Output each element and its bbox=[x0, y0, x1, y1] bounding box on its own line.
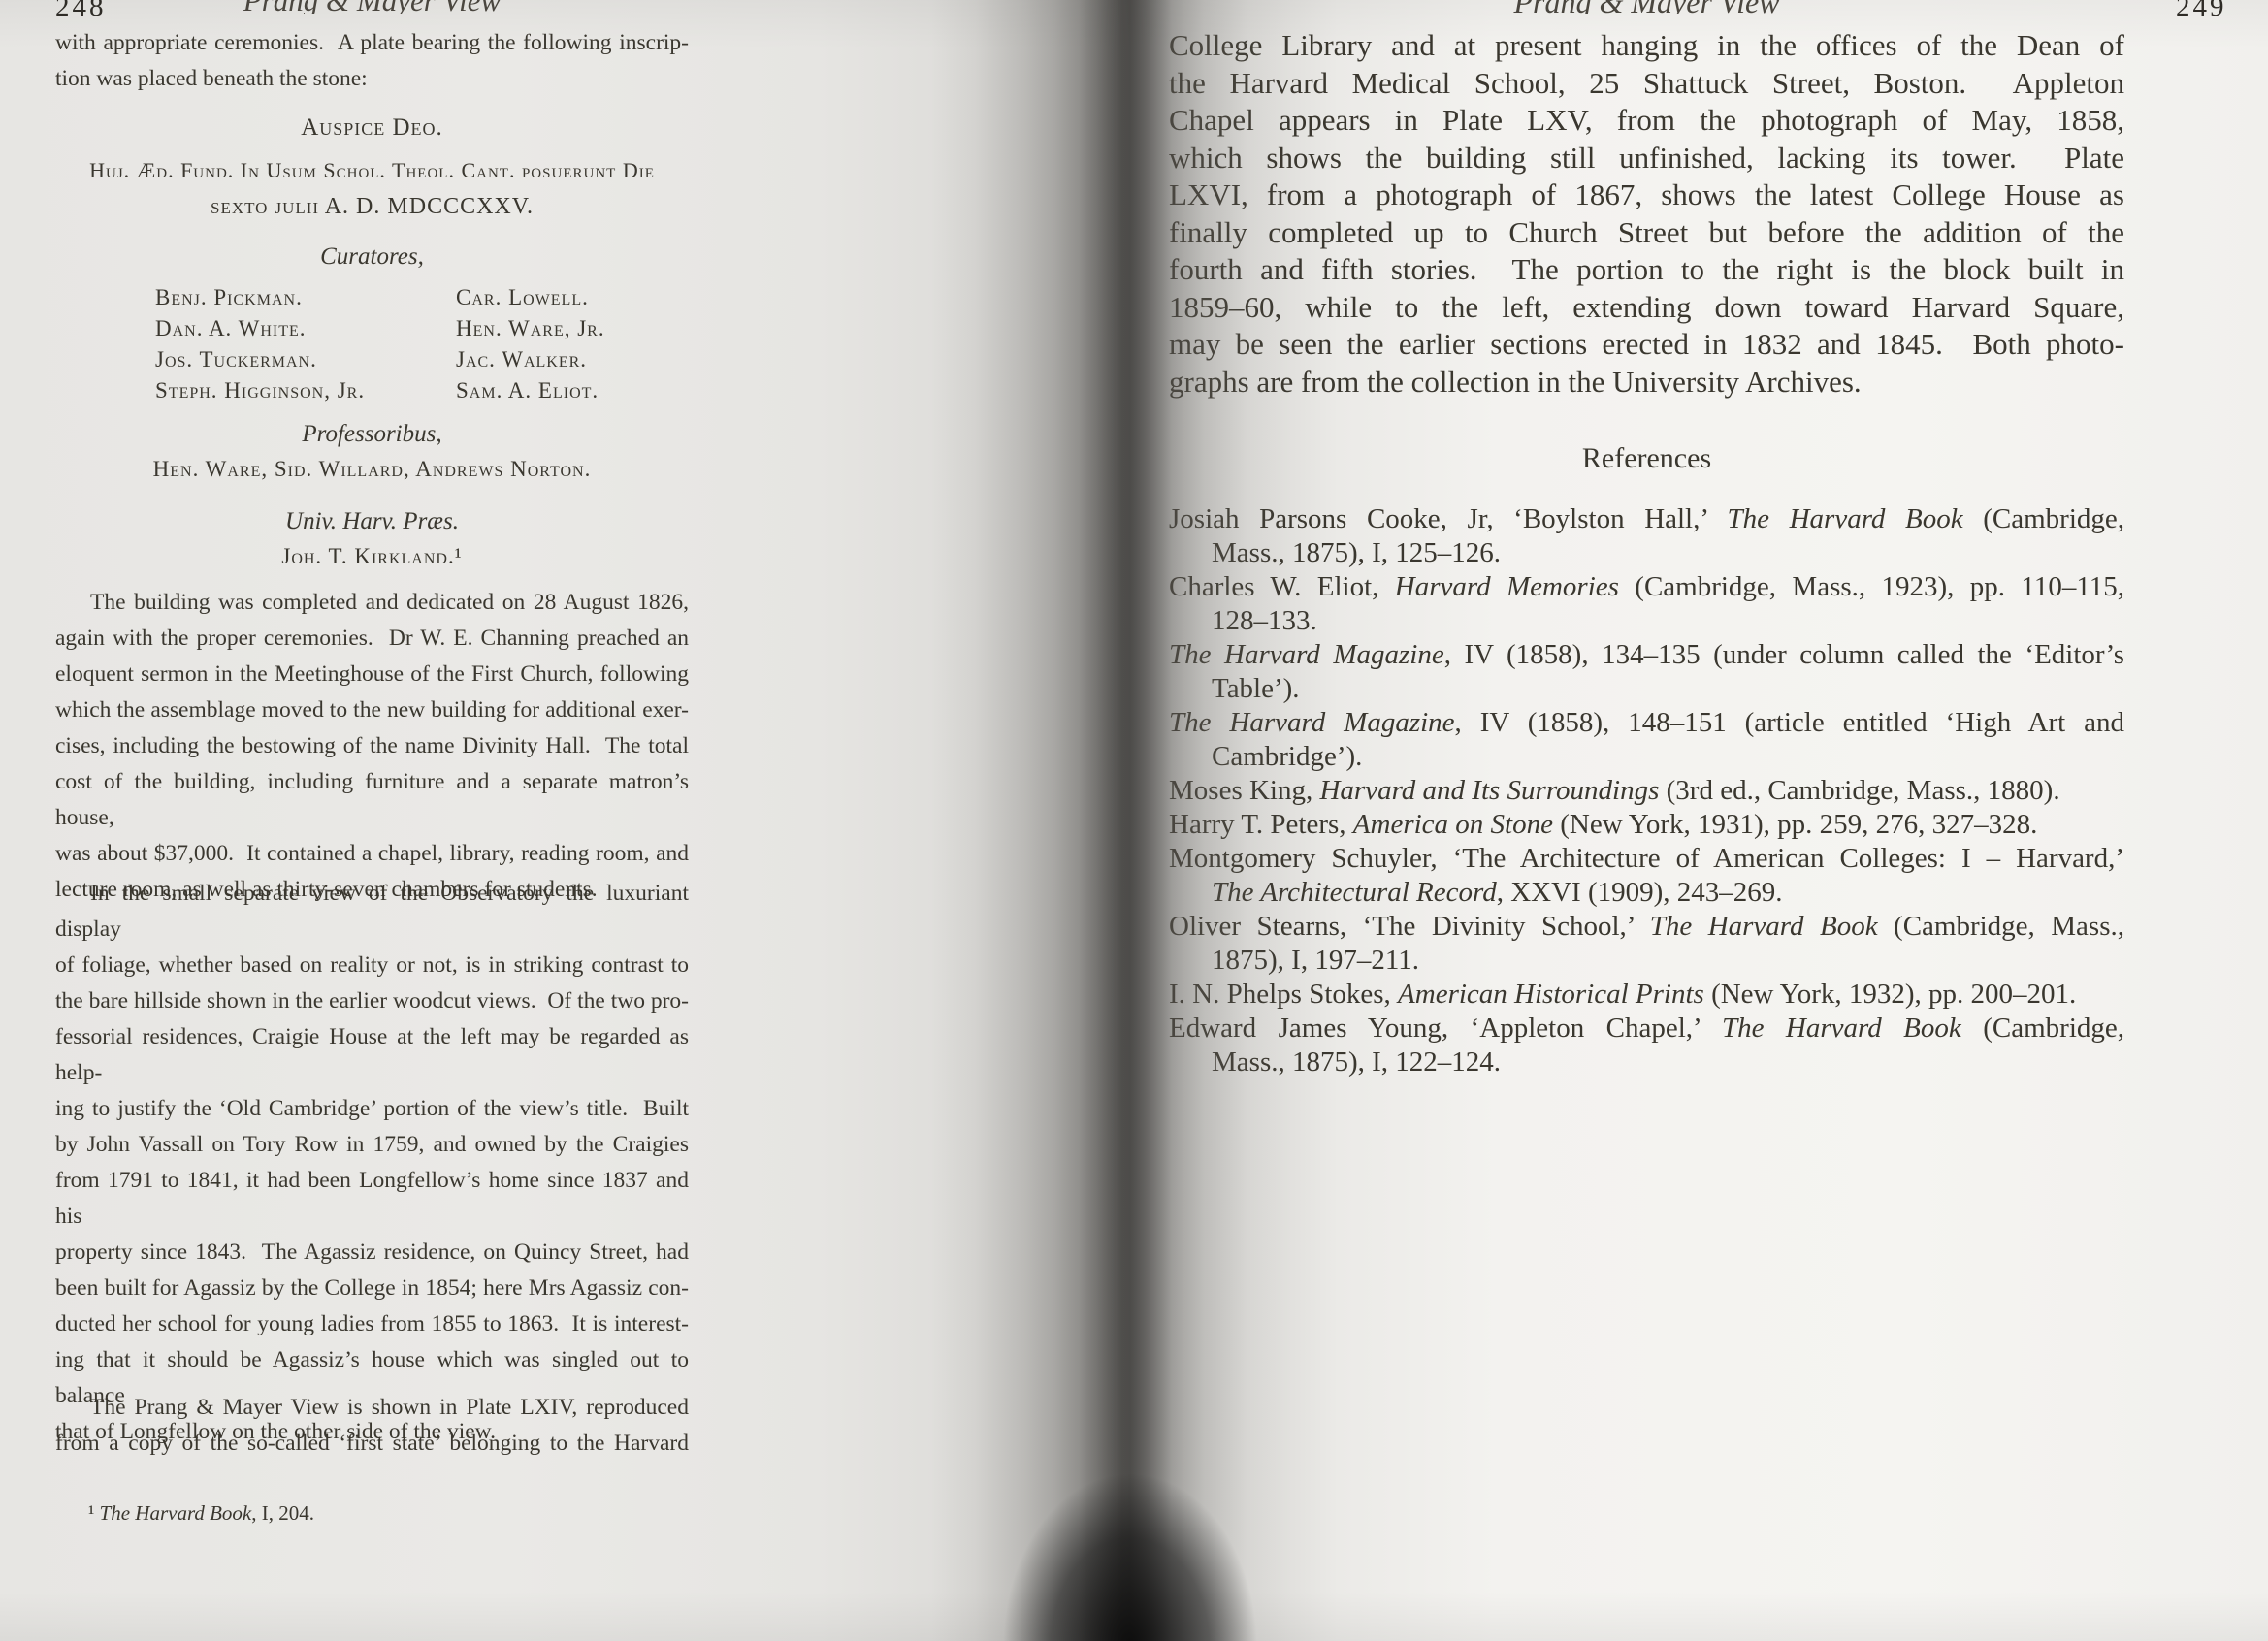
reference-line: Charles W. Eliot, Harvard Memories (Camb… bbox=[1169, 570, 2124, 604]
text-line: from 1791 to 1841, it had been Longfello… bbox=[55, 1163, 689, 1235]
running-head-right: Prang & Mayer View bbox=[1169, 0, 2124, 14]
text-line: tion was placed beneath the stone: bbox=[55, 61, 689, 97]
curatores-label: Curatores, bbox=[55, 243, 689, 271]
text-line: of foliage, whether based on reality or … bbox=[55, 948, 689, 983]
text-line: the Harvard Medical School, 25 Shattuck … bbox=[1169, 65, 2124, 103]
gutter-shadow-core bbox=[1079, 0, 1172, 1641]
professors-names: Hen. Ware, Sid. Willard, Andrews Norton. bbox=[55, 457, 689, 482]
text-line: fourth and fifth stories. The portion to… bbox=[1169, 251, 2124, 289]
reference-line: Edward James Young, ‘Appleton Chapel,’ T… bbox=[1169, 1012, 2124, 1046]
text-line: Chapel appears in Plate LXV, from the ph… bbox=[1169, 102, 2124, 140]
reference-line: Harry T. Peters, America on Stone (New Y… bbox=[1169, 808, 2124, 842]
president-label: Univ. Harv. Præs. bbox=[55, 508, 689, 535]
running-head-left: Prang & Mayer View bbox=[55, 0, 689, 14]
text-line: graphs are from the collection in the Un… bbox=[1169, 364, 2124, 402]
text-line: cises, including the bestowing of the na… bbox=[55, 728, 689, 764]
text-line: ing to justify the ‘Old Cambridge’ porti… bbox=[55, 1091, 689, 1127]
reference-line: Table’). bbox=[1169, 672, 2124, 706]
reference-line: Mass., 1875), I, 125–126. bbox=[1169, 536, 2124, 570]
curators-list: Benj. Pickman.Dan. A. White.Jos. Tuckerm… bbox=[55, 282, 689, 410]
professoribus-label: Professoribus, bbox=[55, 421, 689, 448]
paragraph-building: The building was completed and dedicated… bbox=[55, 585, 689, 908]
paragraph-college-library: College Library and at present hanging i… bbox=[1169, 27, 2124, 401]
curator-name: Benj. Pickman. bbox=[155, 282, 365, 313]
running-head-text: Prang & Mayer View bbox=[1169, 0, 2124, 14]
text-line: which shows the building still unfinishe… bbox=[1169, 140, 2124, 177]
curator-name: Sam. A. Eliot. bbox=[456, 375, 605, 406]
reference-line: The Architectural Record, XXVI (1909), 2… bbox=[1169, 876, 2124, 910]
text-line: by John Vassall on Tory Row in 1759, and… bbox=[55, 1127, 689, 1163]
reference-line: Oliver Stearns, ‘The Divinity School,’ T… bbox=[1169, 910, 2124, 944]
inscription-heading: Auspice Deo. bbox=[55, 114, 689, 142]
paragraph-prang-mayer: The Prang & Mayer View is shown in Plate… bbox=[55, 1390, 689, 1462]
reference-line: The Harvard Magazine, IV (1858), 134–135… bbox=[1169, 638, 2124, 672]
running-head-text: Prang & Mayer View bbox=[55, 0, 689, 14]
paragraph-inscription-intro: with appropriate ceremonies. A plate bea… bbox=[55, 25, 689, 97]
page-number-text: 249 bbox=[2176, 0, 2263, 17]
text-line: was about $37,000. It contained a chapel… bbox=[55, 836, 689, 872]
text-line: In the small separate view of the Observ… bbox=[55, 876, 689, 948]
reference-line: Mass., 1875), I, 122–124. bbox=[1169, 1046, 2124, 1079]
reference-line: The Harvard Magazine, IV (1858), 148–151… bbox=[1169, 706, 2124, 740]
book-page-scan: 248 Prang & Mayer View Prang & Mayer Vie… bbox=[0, 0, 2268, 1641]
text-line: again with the proper ceremonies. Dr W. … bbox=[55, 621, 689, 657]
text-line: property since 1843. The Agassiz residen… bbox=[55, 1235, 689, 1271]
text-line: the bare hillside shown in the earlier w… bbox=[55, 983, 689, 1019]
curators-column-2: Car. Lowell.Hen. Ware, Jr.Jac. Walker.Sa… bbox=[456, 282, 605, 406]
curator-name: Car. Lowell. bbox=[456, 282, 605, 313]
footnote: ¹ The Harvard Book, I, 204. bbox=[55, 1501, 722, 1526]
reference-line: Moses King, Harvard and Its Surroundings… bbox=[1169, 774, 2124, 808]
references-list: Josiah Parsons Cooke, Jr, ‘Boylston Hall… bbox=[1169, 502, 2124, 1079]
text-line: with appropriate ceremonies. A plate bea… bbox=[55, 25, 689, 61]
text-line: ducted her school for young ladies from … bbox=[55, 1306, 689, 1342]
reference-line: Cambridge’). bbox=[1169, 740, 2124, 774]
curator-name: Hen. Ware, Jr. bbox=[456, 313, 605, 344]
curator-name: Jac. Walker. bbox=[456, 344, 605, 375]
text-line: which the assemblage moved to the new bu… bbox=[55, 692, 689, 728]
text-line: eloquent sermon in the Meetinghouse of t… bbox=[55, 657, 689, 692]
curator-name: Jos. Tuckerman. bbox=[155, 344, 365, 375]
reference-line: Josiah Parsons Cooke, Jr, ‘Boylston Hall… bbox=[1169, 502, 2124, 536]
text-line: may be seen the earlier sections erected… bbox=[1169, 326, 2124, 364]
text-line: been built for Agassiz by the College in… bbox=[55, 1271, 689, 1306]
president-name: Joh. T. Kirkland.¹ bbox=[55, 544, 689, 569]
text-line: finally completed up to Church Street bu… bbox=[1169, 214, 2124, 252]
reference-line: 128–133. bbox=[1169, 604, 2124, 638]
gutter-shadow-bottom bbox=[970, 1389, 1290, 1641]
reference-line: 1875), I, 197–211. bbox=[1169, 944, 2124, 978]
inscription-latin-line-1: Huj. Æd. Fund. In Usum Schol. Theol. Can… bbox=[55, 158, 689, 183]
reference-line: Montgomery Schuyler, ‘The Architecture o… bbox=[1169, 842, 2124, 876]
curator-name: Steph. Higginson, Jr. bbox=[155, 375, 365, 406]
text-line: 1859–60, while to the left, extending do… bbox=[1169, 289, 2124, 327]
text-line: fessorial residences, Craigie House at t… bbox=[55, 1019, 689, 1091]
text-line: cost of the building, including furnitur… bbox=[55, 764, 689, 836]
curators-column-1: Benj. Pickman.Dan. A. White.Jos. Tuckerm… bbox=[155, 282, 365, 406]
text-line: The building was completed and dedicated… bbox=[55, 585, 689, 621]
curator-name: Dan. A. White. bbox=[155, 313, 365, 344]
text-line: LXVI, from a photograph of 1867, shows t… bbox=[1169, 177, 2124, 214]
inscription-latin-line-2: sexto julii A. D. MDCCCXXV. bbox=[55, 194, 689, 220]
text-line: The Prang & Mayer View is shown in Plate… bbox=[55, 1390, 689, 1426]
reference-line: I. N. Phelps Stokes, American Historical… bbox=[1169, 978, 2124, 1012]
paragraph-view: In the small separate view of the Observ… bbox=[55, 876, 689, 1450]
references-heading: References bbox=[1169, 442, 2124, 475]
text-line: from a copy of the so-called ‘first stat… bbox=[55, 1426, 689, 1462]
text-line: College Library and at present hanging i… bbox=[1169, 27, 2124, 65]
page-number-right: 249 bbox=[2176, 0, 2263, 17]
